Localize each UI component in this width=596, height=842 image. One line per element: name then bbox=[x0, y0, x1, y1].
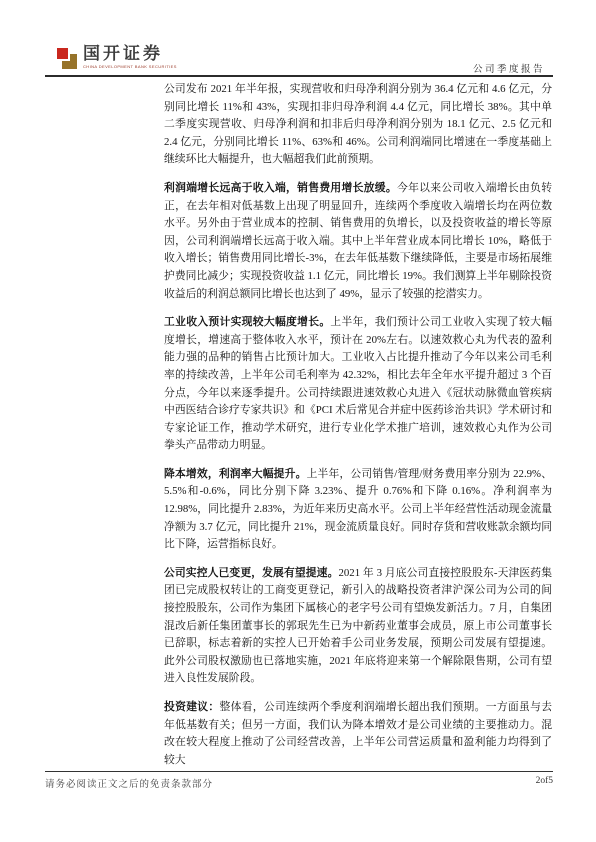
paragraph-text: 今年以来公司收入端增长由负转正，在去年相对低基数上出现了明显回升，连续两个季度收… bbox=[164, 182, 552, 300]
paragraph-text: 上半年，公司销售/管理/财务费用率分别为 22.9%、5.5%和-0.6%，同比… bbox=[164, 468, 552, 550]
paragraph-results-summary: 公司发布 2021 年半年报，实现营收和归母净利润分别为 36.4 亿元和 4.… bbox=[164, 81, 552, 169]
header-divider bbox=[45, 75, 553, 77]
brand-logo-icon bbox=[55, 46, 77, 70]
brand-text: 国开证券 CHINA DEVELOPMENT BANK SECURITIES bbox=[83, 44, 177, 70]
paragraph-lead: 投资建议： bbox=[164, 701, 219, 713]
paragraph-cost-reduction: 降本增效，利润率大幅提升。上半年，公司销售/管理/财务费用率分别为 22.9%、… bbox=[164, 466, 552, 554]
paragraph-profit-growth: 利润端增长远高于收入端，销售费用增长放缓。今年以来公司收入端增长由负转正，在去年… bbox=[164, 180, 552, 303]
paragraph-lead: 利润端增长远高于收入端，销售费用增长放缓。 bbox=[164, 182, 397, 194]
paragraph-lead: 公司实控人已变更，发展有望提速。 bbox=[164, 567, 339, 579]
report-type-label: 公司季度报告 bbox=[473, 61, 545, 75]
brand-subtitle: CHINA DEVELOPMENT BANK SECURITIES bbox=[83, 64, 177, 70]
paragraph-text: 整体看，公司连续两个季度利润端增长超出我们预期。一方面虽与去年低基数有关；但另一… bbox=[164, 701, 552, 766]
brand-logo: 国开证券 CHINA DEVELOPMENT BANK SECURITIES bbox=[55, 44, 177, 70]
paragraph-text: 上半年，我们预计公司工业收入实现了较大幅度增长，增速高于整体收入水平，预计在 2… bbox=[164, 316, 552, 451]
footer-divider bbox=[45, 771, 553, 772]
paragraph-lead: 工业收入预计实现较大幅度增长。 bbox=[164, 316, 330, 328]
paragraph-text: 2021 年 3 月底公司直接控股股东-天津医药集团已完成股权转让的工商变更登记… bbox=[164, 567, 552, 685]
report-page: 国开证券 CHINA DEVELOPMENT BANK SECURITIES 公… bbox=[0, 0, 596, 842]
paragraph-controller-change: 公司实控人已变更，发展有望提速。2021 年 3 月底公司直接控股股东-天津医药… bbox=[164, 565, 552, 688]
logo-red-square bbox=[55, 46, 70, 61]
page-number: 2of5 bbox=[536, 776, 553, 786]
paragraph-lead: 降本增效，利润率大幅提升。 bbox=[164, 468, 307, 480]
paragraph-text: 公司发布 2021 年半年报，实现营收和归母净利润分别为 36.4 亿元和 4.… bbox=[164, 83, 552, 165]
disclaimer-text: 请务必阅读正文之后的免责条款部分 bbox=[45, 776, 213, 790]
brand-name: 国开证券 bbox=[83, 44, 177, 63]
paragraph-industrial-revenue: 工业收入预计实现较大幅度增长。上半年，我们预计公司工业收入实现了较大幅度增长，增… bbox=[164, 314, 552, 455]
report-body: 公司发布 2021 年半年报，实现营收和归母净利润分别为 36.4 亿元和 4.… bbox=[164, 81, 552, 780]
paragraph-investment-advice: 投资建议：整体看，公司连续两个季度利润端增长超出我们预期。一方面虽与去年低基数有… bbox=[164, 699, 552, 769]
